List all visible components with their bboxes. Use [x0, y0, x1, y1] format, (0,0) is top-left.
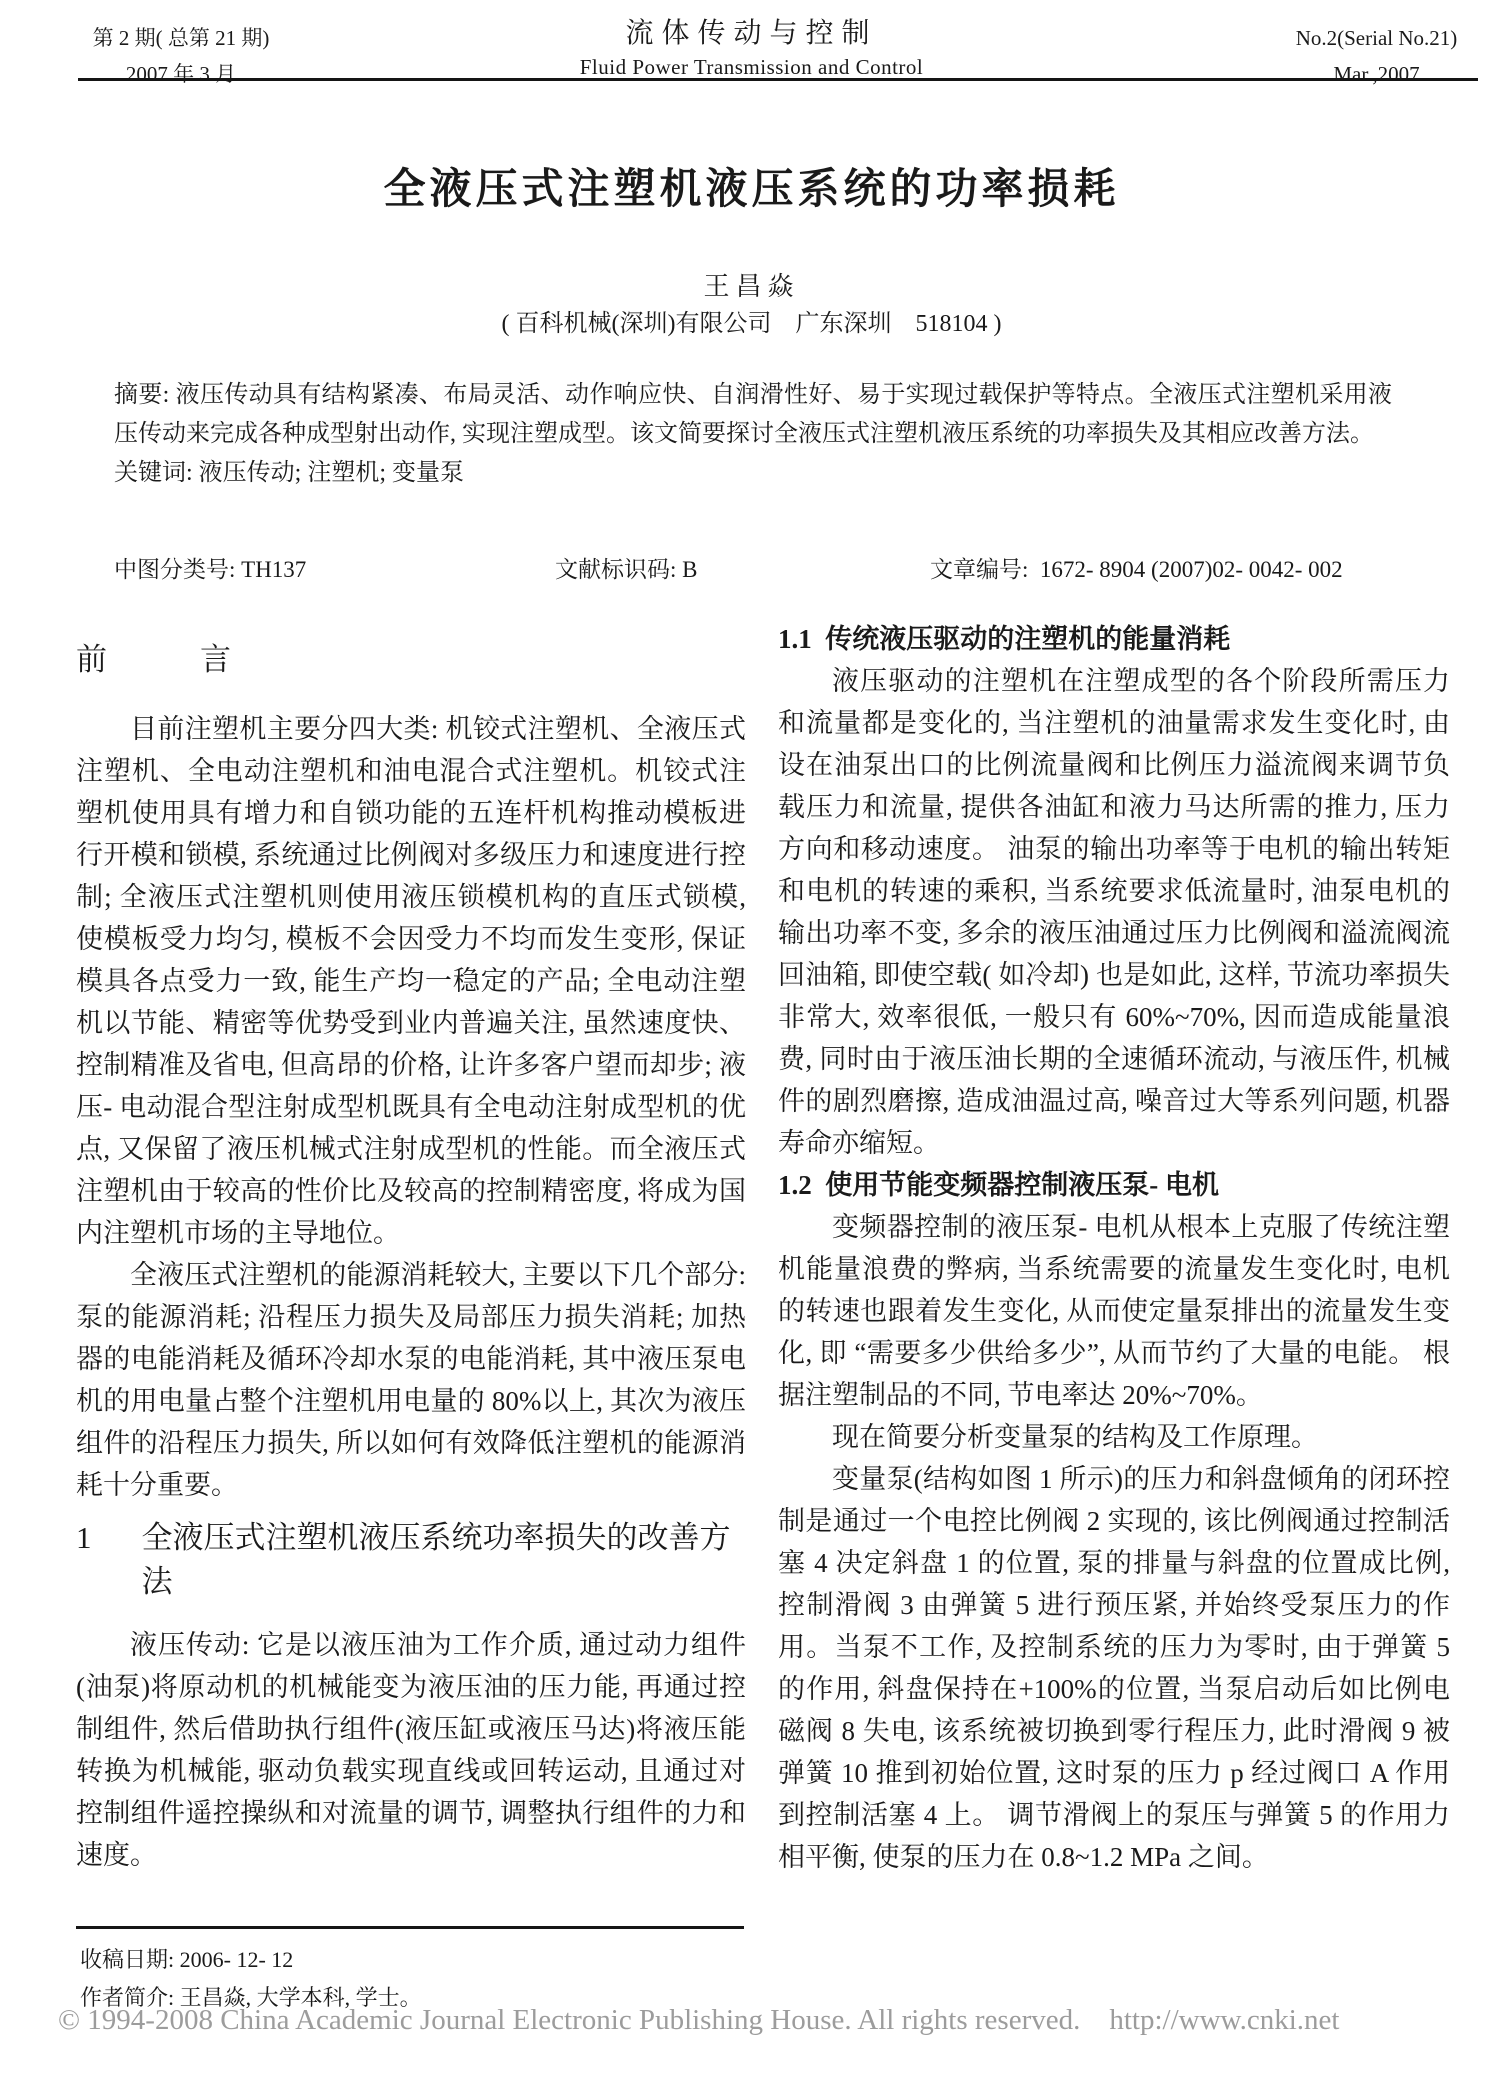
clc-number: 中图分类号: TH137 — [114, 551, 306, 584]
section1-2-paragraph-3: 变量泵(结构如图 1 所示)的压力和斜盘倾角的闭环控制是通过一个电控比例阀 2 … — [778, 1458, 1450, 1878]
intro-paragraph-2: 全液压式注塑机的能源消耗较大, 主要以下几个部分: 泵的能源消耗; 沿程压力损失… — [76, 1254, 746, 1506]
section1-2-paragraph-2: 现在简要分析变量泵的结构及工作原理。 — [778, 1416, 1450, 1458]
author-name: 王昌焱 — [0, 266, 1503, 303]
page: 第 2 期( 总第 21 期) 2007 年 3 月 流体传动与控制 Fluid… — [0, 0, 1503, 2089]
section1-2-paragraph-1: 变频器控制的液压泵- 电机从根本上克服了传统注塑机能量浪费的弊病, 当系统需要的… — [778, 1206, 1450, 1416]
abstract-block: 摘要: 液压传动具有结构紧凑、布局灵活、动作响应快、自润滑性好、易于实现过载保护… — [114, 376, 1392, 493]
author-affiliation: ( 百科机械(深圳)有限公司 广东深圳 518104 ) — [0, 303, 1503, 338]
article-id: 文章编号: 1672- 8904 (2007)02- 0042- 002 — [930, 551, 1343, 584]
section1-1-paragraph-1: 液压驱动的注塑机在注塑成型的各个阶段所需压力和流量都是变化的, 当注塑机的油量需… — [778, 660, 1450, 1164]
keywords-text: 关键词: 液压传动; 注塑机; 变量泵 — [114, 454, 1392, 493]
section1-1-heading: 1.1 传统液压驱动的注塑机的能量消耗 — [778, 618, 1450, 660]
footnote-rule — [76, 1926, 744, 1929]
section1-2-heading: 1.2 使用节能变频器控制液压泵- 电机 — [778, 1164, 1450, 1206]
journal-date-en: Mar.,2007 — [1274, 56, 1479, 92]
right-column: 1.1 传统液压驱动的注塑机的能量消耗 液压驱动的注塑机在注塑成型的各个阶段所需… — [778, 618, 1450, 1878]
section1-heading: 1 全液压式注塑机液压系统功率损失的改善方法 — [76, 1516, 746, 1604]
received-date: 收稿日期: 2006- 12- 12 — [80, 1941, 750, 1979]
left-column: 前 言 目前注塑机主要分四大类: 机铰式注塑机、全液压式注塑机、全电动注塑机和油… — [76, 618, 746, 1876]
meta-row: 中图分类号: TH137 文献标识码: B 文章编号: 1672- 8904 (… — [114, 551, 1414, 583]
copyright-notice: © 1994-2008 China Academic Journal Elect… — [58, 2004, 1458, 2037]
article-title: 全液压式注塑机液压系统的功率损耗 — [0, 156, 1503, 216]
abstract-text: 摘要: 液压传动具有结构紧凑、布局灵活、动作响应快、自润滑性好、易于实现过载保护… — [114, 376, 1392, 454]
intro-heading: 前 言 — [76, 640, 746, 680]
document-code: 文献标识码: B — [555, 551, 697, 584]
journal-issue-en: No.2(Serial No.21) — [1274, 20, 1479, 56]
section1-number: 1 — [76, 1516, 92, 1604]
intro-paragraph-1: 目前注塑机主要分四大类: 机铰式注塑机、全液压式注塑机、全电动注塑机和油电混合式… — [76, 708, 746, 1254]
section1-title: 全液压式注塑机液压系统功率损失的改善方法 — [142, 1516, 747, 1604]
journal-issue-en-block: No.2(Serial No.21) Mar.,2007 — [1274, 20, 1479, 92]
section1-paragraph-1: 液压传动: 它是以液压油为工作介质, 通过动力组件(油泵)将原动机的机械能变为液… — [76, 1624, 746, 1876]
header-rule — [78, 78, 1478, 81]
